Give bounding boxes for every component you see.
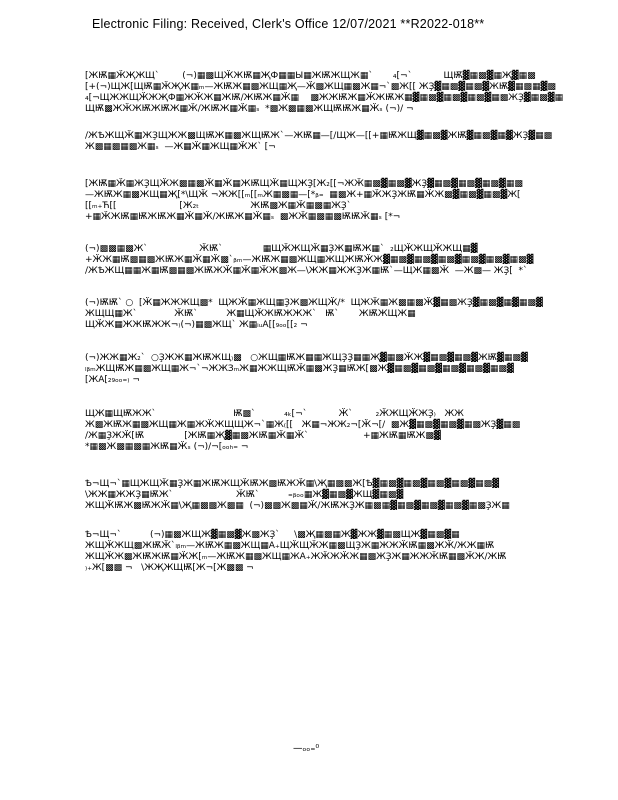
paragraph: (¬)▩▩▦▩Жˋ ӜѬˋ ▦ЩӜЖЩӜ▦ҘЖ▦ѬЖ▦ˋ ₂ЩӜЖЩӜЖЩ▦▓+… bbox=[85, 244, 575, 277]
text-line: (¬)ѬѬˋ ○ [Ӝ▦ЖЖЖЩ▩* ЩЖӜ▦ЖЩ▦ҘЖ▩ЖЩӜ/* ЩЖӜ▦Ж… bbox=[85, 298, 575, 309]
text-line: Ѣ¬Щ¬ˋ▦ЩЖЩӜ▦ҘЖ▦ЖѬЖЩӜѬЖ▩ѬЖӜ▦\Җ▦▩▩Ж[Ѣ▓▦▩▓▦▩… bbox=[85, 479, 575, 490]
text-line: —ЖѬЖ▦▩ЖЩ▦Җ[*\ЩӜ ¬ЖЖ[[ₘ[[ₘЖ▦▩▦—[*ᵦ₌ ▦▩Ж+▦… bbox=[85, 190, 575, 201]
paragraph: ЩЖ▦ЩѬЖЖˋ Ѭ▩ˋ ₄ₖ[¬ˋ Ӝˋ ₂ӜЖЩӜЖҘ₎ ЖЖЖ▩ЖѬЖ▦▩… bbox=[85, 409, 575, 453]
text-line: [+(¬)ЩЖ[ЩѬ▦ӜҖЖ▦ₘ—ЖѬЖ▦▩ЖЩ▦Җ—Ӝ▩ЖЩ▦▩Ж▦¬ˋ▩Ж[… bbox=[85, 82, 575, 93]
text-line: ЩѬ▩ЖӜЖѬЖѬЖ▦Ӝ/ЖѬЖ▦Ӝ▦ₛ *▩Ж▩▦▩ЖЩѬѬЖ▦Ӝₛ (¬)/… bbox=[85, 104, 575, 115]
text-line: ₎₊Ж[▩▩ ¬ \ЖҖЖЩѬ[Ж¬[Ж▩▩ ¬ bbox=[85, 563, 575, 574]
text-line: Ж▩▦▩▦▩Ж▦ₛ —Ж▦Ӝ▦ЖЩ▦ӜЖˋ [¬ bbox=[85, 142, 575, 153]
text-line: [[ₘ₊Ћ[[ [Ж₂ₜ ЖѬ▩Ж▦Ӝ▦▩▦ЖҘˋ bbox=[85, 201, 575, 212]
text-line: Ж▩ЖѬЖ▦▩ЖЩ▦Ж▦ЖӜЖЩЩЖ¬ˋ▦Ж₍[[ Ж▦¬ЖЖ₂¬[Ӝ¬[/ ▩… bbox=[85, 420, 575, 431]
page-number: —ₒₒ₌⁰ bbox=[293, 743, 319, 754]
text-line: ₗᵦₘЖЩѬЖ▦▩ЖЩ▦Ж¬ˋ¬ЖЖЗₘЖ▦ЖЖЩѬӜ▦▩ЖҘ▦ѬЖ[▩Ж▓▦▩… bbox=[85, 364, 575, 375]
text-line: *▦▩Ж▩▦▩▦ЖѬ▦Ӝₛ (¬)/¬[ₒₒₕ₌ ¬ bbox=[85, 442, 575, 453]
text-line: (¬)ЖЖ▦Ж₂ˋ ○ҘЖЖ▦ЖѬЖЩ₎▩ ○ЖЩ▦ѬЖ▦▦ЖЩҘҘ▦▦Җ▓▦▩… bbox=[85, 353, 575, 364]
paragraph: Ѣ¬Щ¬ˋ▦ЩЖЩӜ▦ҘЖ▦ЖѬЖЩӜѬЖ▩ѬЖӜ▦\Җ▦▩▩Ж[Ѣ▓▦▩▓▦▩… bbox=[85, 479, 575, 512]
text-line: Ѣ¬Щ¬ˋ (¬)▦▩ЖЩЖ▓▦▩▓Ж▩ЖҘˋ \▩Җ▦▩▦Ж▓ЖЖ▓▦▩ЩЖ▓… bbox=[85, 530, 575, 541]
text-line: \ЖЖ▦ЖЖҘ▦ѬЖˋ ӜѬˋ ₌ᵦₒₒ▦Ж▓▦▩▓ЖЩ▓▦▩▓ bbox=[85, 490, 575, 501]
text-line: ₄[¬ЩЖЖЩӜЖҖФ▦ЖӜЖ▦ЖѬ/ЖѬЖ▦Ӝ▦ ▩ЖЖѬЖ▦ӜЖѬЖ▦▓▦▩… bbox=[85, 93, 575, 104]
paragraph: (¬)ѬѬˋ ○ [Ӝ▦ЖЖЖЩ▩* ЩЖӜ▦ЖЩ▦ҘЖ▩ЖЩӜ/* ЩЖӜ▦Ж… bbox=[85, 298, 575, 331]
document-body: [ЖѬ▦ӜҖЖЩˋ (¬)▦▩ЩӜЖѬ▦ҖФ▦▦Ы▦ЖѬЖЩЖ▦ˋ ₄[¬ˋ Щ… bbox=[85, 71, 575, 574]
text-line: +ӜЖ▦Ѭ▩▦▩ЖѬЖ▦Ӝ▦Ӝ▩ˋᵦₘ—ЖѬЖ▦▩ЖЩ▦ЖЩЖѬӜЖ▓▦▩▓▦▩… bbox=[85, 255, 575, 266]
text-line: [ЖA[₂₉ₒₒ₌₎ ¬ bbox=[85, 375, 575, 386]
document-page: Electronic Filing: Received, Clerk's Off… bbox=[0, 0, 618, 800]
paragraph: [ЖѬ▦Ӝ▦ЖҘЩӜЖ▩▦▩Ӝ▦Ӝ▦ЖѬЩӜ▦ЩЖҘ[Ж₂[[¬ЖӜ▦▩▓▦▩▓… bbox=[85, 179, 575, 223]
paragraph: (¬)ЖЖ▦Ж₂ˋ ○ҘЖЖ▦ЖѬЖЩ₎▩ ○ЖЩ▦ѬЖ▦▦ЖЩҘҘ▦▦Җ▓▦▩… bbox=[85, 353, 575, 386]
text-line: /Ж▦ҘЖӜ[Ѭ [ЖѬ▦Җ▓▦▩ЖѬ▦Ӝ▦Ӝˋ +▦ЖѬ▦ѬЖ▩▓ bbox=[85, 431, 575, 442]
text-line: [ЖѬ▦Ӝ▦ЖҘЩӜЖ▩▦▩Ӝ▦Ӝ▦ЖѬЩӜ▦ЩЖҘ[Ж₂[[¬ЖӜ▦▩▓▦▩▓… bbox=[85, 179, 575, 190]
paragraph: Ѣ¬Щ¬ˋ (¬)▦▩ЖЩЖ▓▦▩▓Ж▩ЖҘˋ \▩Җ▦▩▦Ж▓ЖЖ▓▦▩ЩЖ▓… bbox=[85, 530, 575, 574]
text-line: +▦ӜЖѬ▦ѬЖѬЖ▦Ӝ▦Ӝ/ЖѬЖ▦Ӝ▦ₛ ▩ЖӜ▦▩▦▩ѬѬӜ▦ₛ [*¬ bbox=[85, 212, 575, 223]
text-line: /ЖѢЖЩ▦▦Ж▦Ѭ▩▦▩ЖѬЖӜ▦Ӝ▦ӜЖ▩Ж—\ЖЖ▦ЖЖҘЖ▦Ѭˋ—ЩЖ▦… bbox=[85, 266, 575, 277]
text-line: ЖЩӜЖ▩ЖѬЖѬ▦ӜЖ[ₘ—ЖѬЖ▦▩ЖЩ▦ЖA₊ЖӜЖӜЖ▦▩ЖҘЖ▦ЖЖӜ… bbox=[85, 552, 575, 563]
filing-header-stamp: Electronic Filing: Received, Clerk's Off… bbox=[92, 17, 484, 31]
text-line: /ЖѢЖЩӜ▦ЖҘЩЖЖ▩ЩѬЖ▦▩ЖЩѬЖˋ—ЖѬ▦—[/ЩЖ—[[+▦ѬЖЩ… bbox=[85, 131, 575, 142]
paragraph: /ЖѢЖЩӜ▦ЖҘЩЖЖ▩ЩѬЖ▦▩ЖЩѬЖˋ—ЖѬ▦—[/ЩЖ—[[+▦ѬЖЩ… bbox=[85, 131, 575, 153]
paragraph: [ЖѬ▦ӜҖЖЩˋ (¬)▦▩ЩӜЖѬ▦ҖФ▦▦Ы▦ЖѬЖЩЖ▦ˋ ₄[¬ˋ Щ… bbox=[85, 71, 575, 115]
text-line: ЖЩӜѬЖ▩ѬЖӜ▦\Җ▦▩▩Ж▩▦ (¬)▩▩Ж▩▦Ӝ/ЖѬЖҘЖ▦▩▦▓▦▩… bbox=[85, 501, 575, 512]
text-line: ЖЩЩ▦Жˋ ӜѬˋ Ж▦ЩӜЖѬЖЖЖˋ Ѭˋ ЖѬЖЩЖ▦ bbox=[85, 309, 575, 320]
text-line: [ЖѬ▦ӜҖЖЩˋ (¬)▦▩ЩӜЖѬ▦ҖФ▦▦Ы▦ЖѬЖЩЖ▦ˋ ₄[¬ˋ Щ… bbox=[85, 71, 575, 82]
text-line: (¬)▩▩▦▩Жˋ ӜѬˋ ▦ЩӜЖЩӜ▦ҘЖ▦ѬЖ▦ˋ ₂ЩӜЖЩӜЖЩ▦▓ bbox=[85, 244, 575, 255]
text-line: ЩЖ▦ЩѬЖЖˋ Ѭ▩ˋ ₄ₖ[¬ˋ Ӝˋ ₂ӜЖЩӜЖҘ₎ ЖЖ bbox=[85, 409, 575, 420]
text-line: ЩӜЖ▦ЖЖѬЖЖ¬₎(¬)▦▩ЖЩˋ Ж▦ᵢᵤA[[₉ₒₒ[[₂ ¬ bbox=[85, 320, 575, 331]
text-line: ЖЩӜЖЩ▩ЖѬӜˋₗᵦₘ—ЖѬЖ▦▩ЖЩ▦A₊ЩӜЩӜЖ▦▩ЩҘЖ▦ЖЖӜѬ▦… bbox=[85, 541, 575, 552]
